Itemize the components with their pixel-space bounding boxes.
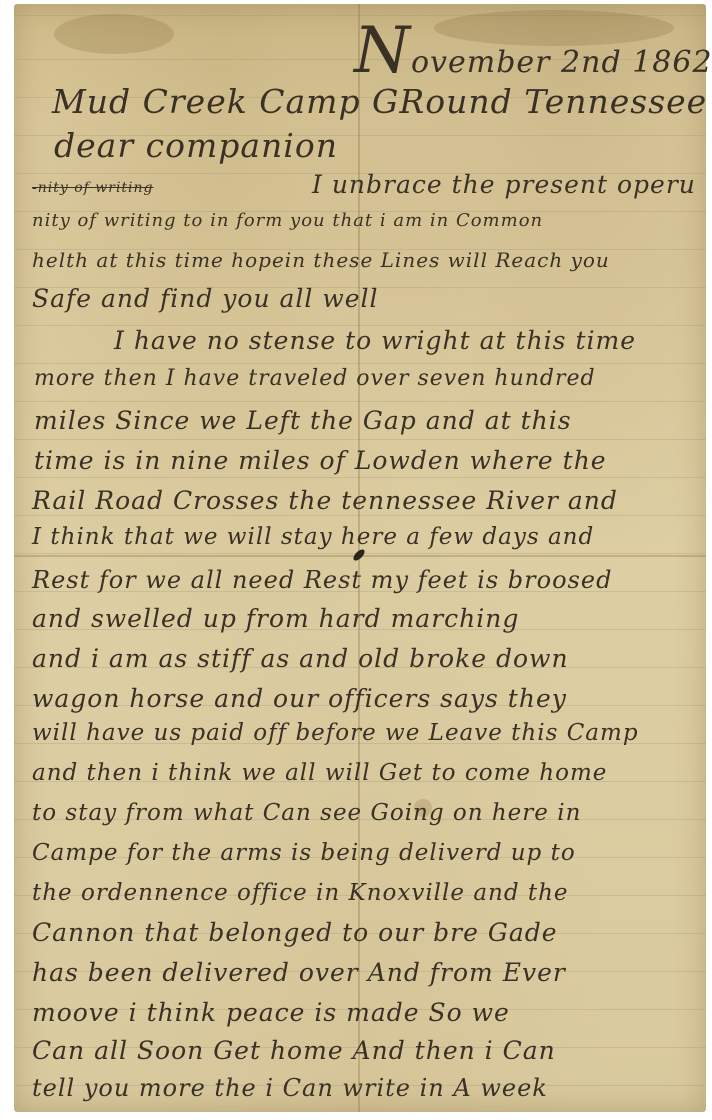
letter-line: nity of writing to in form you that i am…	[32, 210, 543, 231]
letter-line: more then I have traveled over seven hun…	[34, 366, 596, 391]
letter-line: I unbrace the present operu	[312, 170, 696, 199]
letter-line: will have us paid off before we Leave th…	[32, 720, 639, 746]
letter-line: has been delivered over And from Ever	[32, 958, 566, 987]
letter-line: time is in nine miles of Lowden where th…	[34, 446, 607, 475]
letter-line: the ordennence office in Knoxville and t…	[32, 880, 569, 906]
letter-line: to stay from what Can see Going on here …	[32, 800, 581, 826]
letter-date: November 2nd 1862	[354, 14, 712, 88]
letter-line: Safe and find you all well	[32, 284, 379, 313]
letter-line: wagon horse and our officers says they	[32, 684, 567, 713]
letter-line: moove i think peace is made So we	[32, 998, 510, 1027]
letter-line: I think that we will stay here a few day…	[32, 524, 594, 550]
letter-paper: November 2nd 1862 Mud Creek Camp GRound …	[14, 4, 706, 1112]
letter-line: tell you more the i Can write in A week	[32, 1074, 548, 1102]
letter-line: Rest for we all need Rest my feet is bro…	[32, 566, 612, 594]
letter-line: miles Since we Left the Gap and at this	[34, 406, 572, 435]
stain	[54, 14, 174, 54]
letter-place: Mud Creek Camp GRound Tennessee	[52, 82, 707, 121]
letter-line: Campe for the arms is being deliverd up …	[32, 840, 576, 866]
struck-text: -nity of writing	[32, 180, 154, 196]
letter-line: I have no stense to wright at this time	[114, 326, 636, 355]
letter-line: Rail Road Crosses the tennessee River an…	[32, 486, 618, 515]
letter-line: and i am as stiff as and old broke down	[32, 644, 569, 673]
letter-line: and swelled up from hard marching	[32, 604, 519, 633]
letter-line: Can all Soon Get home And then i Can	[32, 1036, 556, 1065]
letter-line: Cannon that belonged to our bre Gade	[32, 918, 558, 947]
letter-line: and then i think we all will Get to come…	[32, 760, 607, 786]
letter-line: helth at this time hopein these Lines wi…	[32, 248, 610, 272]
letter-salutation: dear companion	[54, 126, 338, 165]
